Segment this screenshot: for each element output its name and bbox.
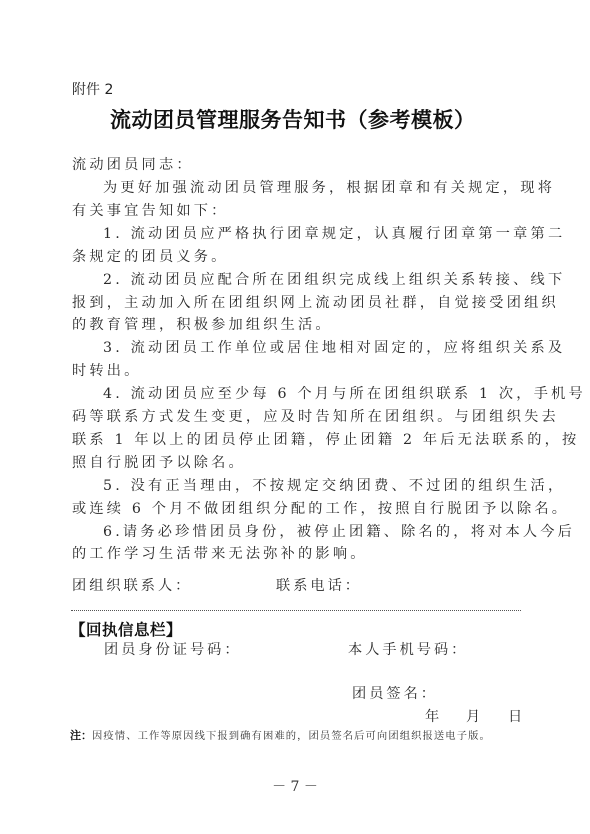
date-month: 月 [466,706,483,726]
body-line: 1. 流动团员应严格执行团章规定，认真履行团章第一章第二 [72,223,565,243]
salutation: 流动团员同志： [72,154,194,174]
body-line: 4. 流动团员应至少每 6 个月与所在团组织联系 1 次，手机号 [72,383,586,403]
signature-label: 团员签名： [352,683,438,703]
receipt-heading: 【回执信息栏】 [70,618,182,640]
body-line: 条规定的团员义务。 [72,246,229,266]
footnote: 注：因疫情、工作等原因线下报到确有困难的，团员签名后可向团组织报送电子版。 [70,727,491,743]
body-line: 照自行脱团予以除名。 [72,452,246,472]
tear-off-divider [71,610,521,611]
org-contact-label: 团组织联系人： [72,575,192,595]
footnote-text: 因疫情、工作等原因线下报到确有困难的，团员签名后可向团组织报送电子版。 [92,730,491,742]
footnote-label: 注： [70,729,92,742]
attachment-label: 附件 2 [72,79,113,99]
mobile-number-label: 本人手机号码： [348,639,468,659]
body-line: 有关事宜告知如下： [72,200,229,220]
id-number-label: 团员身份证号码： [104,639,242,659]
page-number: － 7 － [0,776,590,796]
contact-phone-label: 联系电话： [276,575,362,595]
date-year: 年 [425,706,442,726]
page-title: 流动团员管理服务告知书（参考模板） [110,104,476,134]
date-day: 日 [508,706,525,726]
body-line: 或连续 6 个月不做团组织分配的工作，按照自行脱团予以除名。 [72,498,569,518]
body-line: 5. 没有正当理由，不按规定交纳团费、不过团的组织生活， [72,475,565,495]
body-line: 时转出。 [72,360,142,380]
body-line: 为更好加强流动团员管理服务，根据团章和有关规定，现将 [72,177,555,197]
body-line: 2. 流动团员应配合所在团组织完成线上组织关系转接、线下 [72,269,565,289]
body-line: 报到，主动加入所在团组织网上流动团员社群，自觉接受团组织 [72,292,559,312]
body-line: 码等联系方式发生变更，应及时告知所在团组织。与团组织失去 [72,406,559,426]
body-line: 联系 1 年以上的团员停止团籍，停止团籍 2 年后无法联系的，按 [72,429,579,449]
body-line: 6.请务必珍惜团员身份，被停止团籍、除名的，将对本人今后 [72,521,575,541]
body-line: 的工作学习生活带来无法弥补的影响。 [72,543,368,563]
body-line: 3. 流动团员工作单位或居住地相对固定的，应将组织关系及 [72,337,565,357]
body-line: 的教育管理，积极参加组织生活。 [72,314,333,334]
